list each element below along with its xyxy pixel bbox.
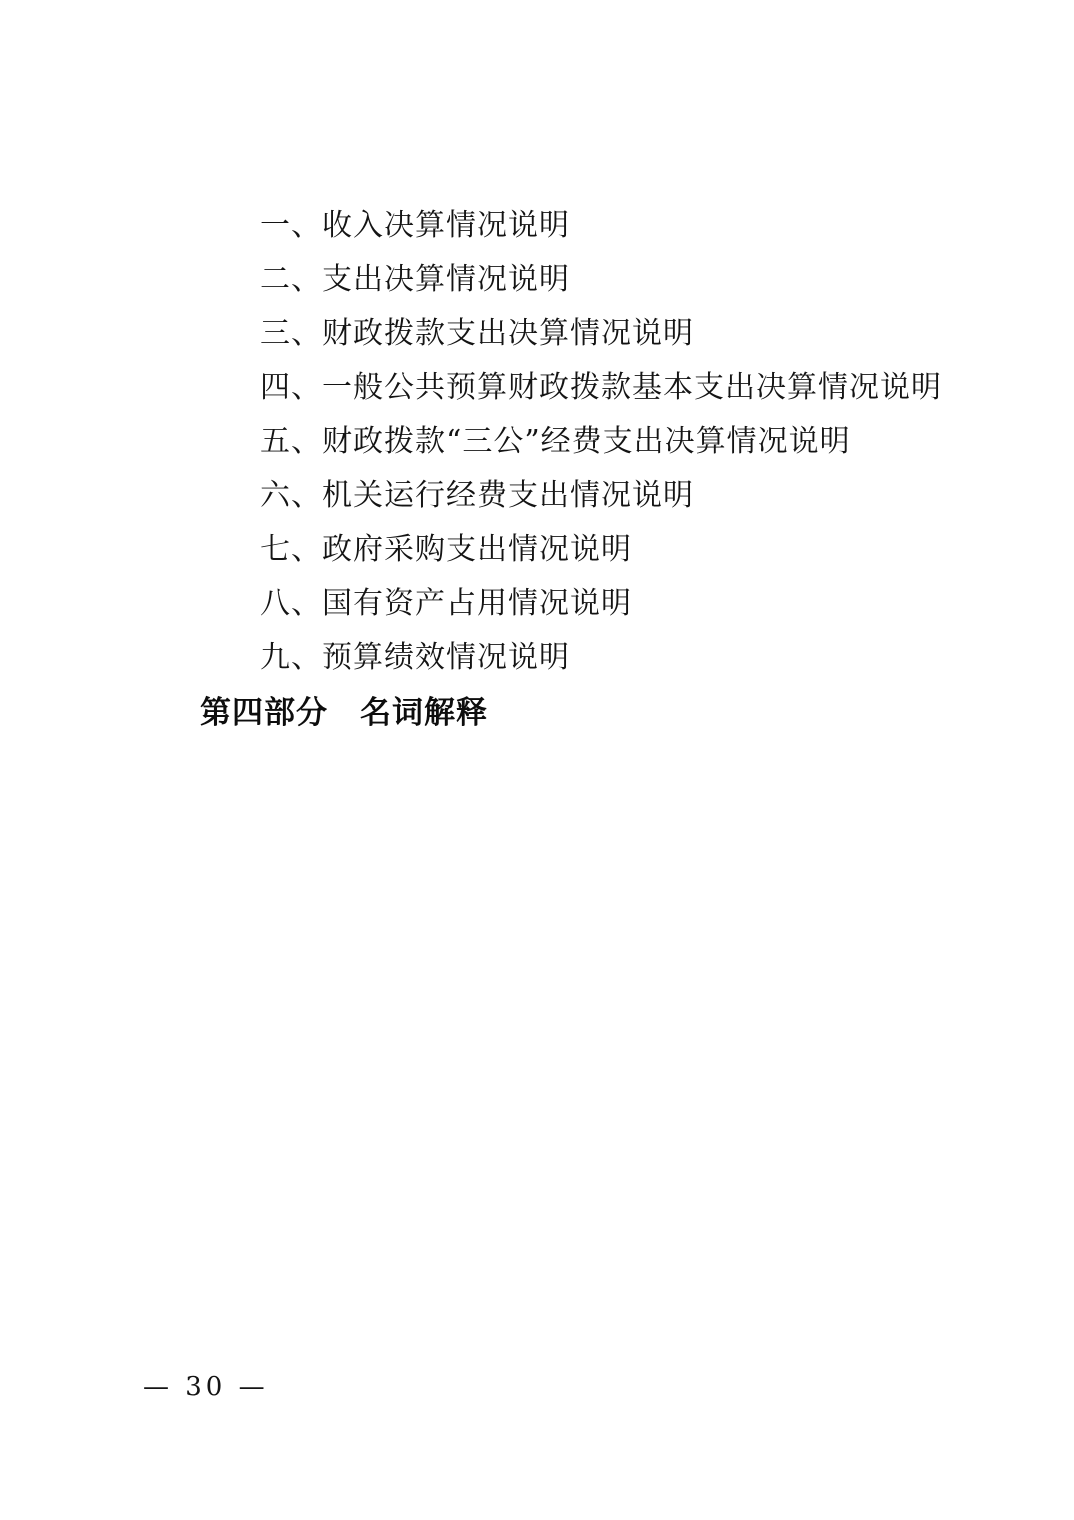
toc-item-6: 六、机关运行经费支出情况说明	[200, 469, 1000, 523]
toc-item-1: 一、收入决算情况说明	[200, 199, 1000, 253]
toc-item-7: 七、政府采购支出情况说明	[200, 523, 1000, 577]
toc-item-3: 三、财政拨款支出决算情况说明	[200, 307, 1000, 361]
toc-item-8: 八、国有资产占用情况说明	[200, 577, 1000, 631]
toc-item-2: 二、支出决算情况说明	[200, 253, 1000, 307]
section-heading: 第四部分 名词解释	[200, 685, 1000, 741]
toc-item-9: 九、预算绩效情况说明	[200, 631, 1000, 685]
toc-item-4: 四、一般公共预算财政拨款基本支出决算情况说明	[200, 361, 1000, 415]
document-page: 一、收入决算情况说明 二、支出决算情况说明 三、财政拨款支出决算情况说明 四、一…	[0, 0, 1074, 1520]
toc-item-5: 五、财政拨款“三公”经费支出决算情况说明	[200, 415, 1000, 469]
toc-list: 一、收入决算情况说明 二、支出决算情况说明 三、财政拨款支出决算情况说明 四、一…	[200, 199, 1000, 741]
page-number: — 30 —	[143, 1372, 269, 1402]
